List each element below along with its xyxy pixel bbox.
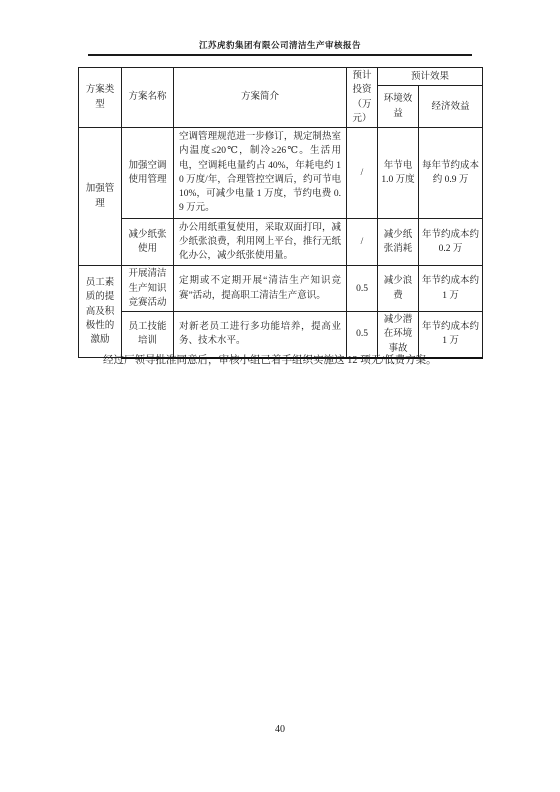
closing-paragraph: 经过厂领导批准同意后，审核小组已着手组织实施这 12 项无/低费方案。	[88, 354, 474, 368]
header-plan-name: 方案名称	[122, 68, 174, 128]
plan-type-cell: 加强管理	[79, 128, 122, 266]
table-row: 加强管理 加强空调使用管理 空调管理规范进一步修订，规定制热室内温度≤20℃，制…	[79, 128, 483, 219]
econ-benefit-cell: 每年节约成本约 0.9 万	[419, 128, 483, 219]
plan-brief-cell: 对新老员工进行多功能培养，提高业务、技术水平。	[174, 312, 347, 358]
table-row: 员工素质的提高及积极性的激励 开展清洁生产知识竞赛活动 定期或不定期开展“清洁生…	[79, 266, 483, 312]
econ-benefit-cell: 年节约成本约 1 万	[419, 312, 483, 358]
header-divider	[88, 54, 472, 56]
plan-brief-cell: 定期或不定期开展“清洁生产知识竞赛”活动，提高职工清洁生产意识。	[174, 266, 347, 312]
econ-benefit-cell: 年节约成本约 1 万	[419, 266, 483, 312]
plan-brief-cell: 办公用纸重复使用，采取双面打印，减少纸张浪费，利用网上平台，推行无纸化办公，减少…	[174, 218, 347, 266]
header-expected-effect: 预计效果	[378, 68, 483, 86]
env-benefit-cell: 年节电 1.0 万度	[378, 128, 419, 219]
plan-name-cell: 加强空调使用管理	[122, 128, 174, 219]
header-env-benefit: 环境效益	[378, 86, 419, 128]
plan-brief-cell: 空调管理规范进一步修订，规定制热室内温度≤20℃，制冷≥26℃。生活用电，空调耗…	[174, 128, 347, 219]
header-plan-brief: 方案简介	[174, 68, 347, 128]
table-header-row-1: 方案类型 方案名称 方案简介 预计投资（万元） 预计效果	[79, 68, 483, 86]
plan-name-cell: 减少纸张使用	[122, 218, 174, 266]
env-benefit-cell: 减少浪费	[378, 266, 419, 312]
report-page: 江苏虎豹集团有限公司清洁生产审核报告 方案类型 方案名称 方案简介 预计投资（万…	[0, 0, 560, 792]
table-row: 减少纸张使用 办公用纸重复使用，采取双面打印，减少纸张浪费，利用网上平台，推行无…	[79, 218, 483, 266]
plan-name-cell: 开展清洁生产知识竞赛活动	[122, 266, 174, 312]
investment-cell: 0.5	[347, 312, 378, 358]
page-number: 40	[0, 724, 560, 735]
plan-type-cell: 员工素质的提高及积极性的激励	[79, 266, 122, 358]
page-header-title: 江苏虎豹集团有限公司清洁生产审核报告	[0, 39, 560, 51]
investment-cell: /	[347, 128, 378, 219]
env-benefit-cell: 减少潜在环境事故	[378, 312, 419, 358]
header-econ-benefit: 经济效益	[419, 86, 483, 128]
plan-name-cell: 员工技能培训	[122, 312, 174, 358]
header-investment: 预计投资（万元）	[347, 68, 378, 128]
env-benefit-cell: 减少纸张消耗	[378, 218, 419, 266]
investment-cell: 0.5	[347, 266, 378, 312]
econ-benefit-cell: 年节约成本约 0.2 万	[419, 218, 483, 266]
table-row: 员工技能培训 对新老员工进行多功能培养，提高业务、技术水平。 0.5 减少潜在环…	[79, 312, 483, 358]
investment-cell: /	[347, 218, 378, 266]
header-plan-type: 方案类型	[79, 68, 122, 128]
cleaner-production-plan-table: 方案类型 方案名称 方案简介 预计投资（万元） 预计效果 环境效益 经济效益 加…	[78, 67, 483, 359]
